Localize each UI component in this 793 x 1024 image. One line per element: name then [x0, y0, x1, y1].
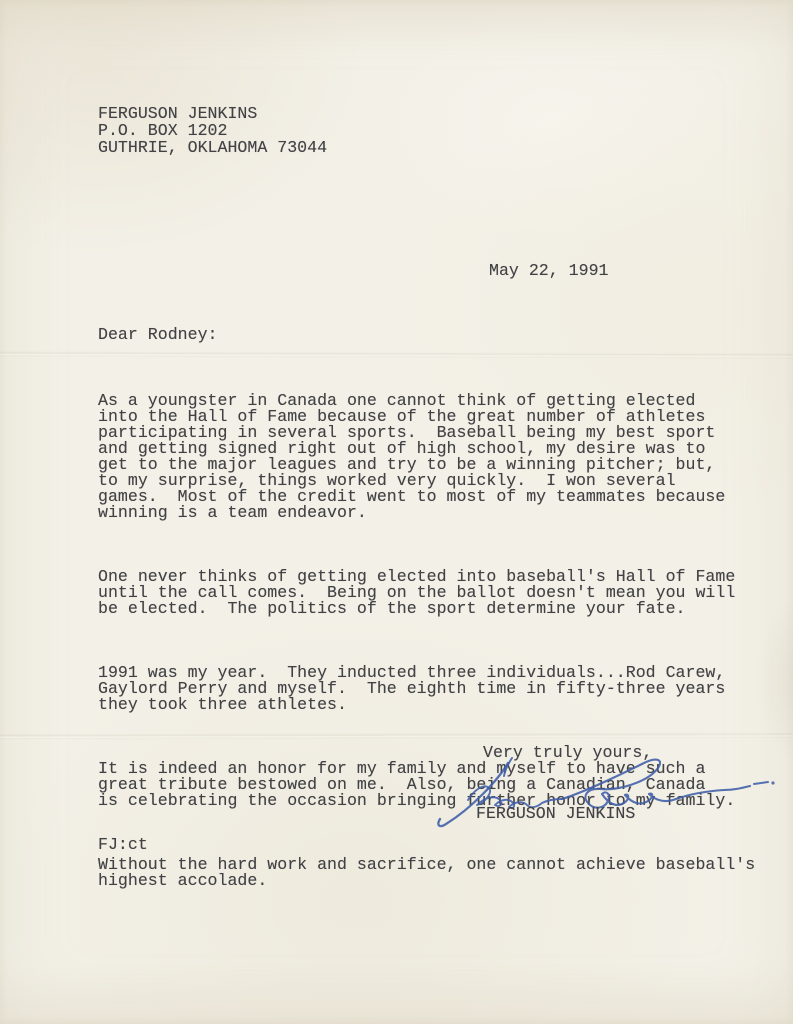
letter-page: FERGUSON JENKINS P.O. BOX 1202 GUTHRIE, … — [0, 0, 793, 1024]
letter-body: As a youngster in Canada one cannot thin… — [98, 361, 755, 921]
paragraph-3: 1991 was my year. They inducted three in… — [98, 665, 755, 713]
closing-line: Very truly yours, — [483, 745, 652, 761]
paragraph-4: It is indeed an honor for my family and … — [98, 761, 755, 809]
paragraph-1: As a youngster in Canada one cannot thin… — [98, 393, 755, 521]
reference-initials: FJ:ct — [98, 837, 148, 853]
fold-crease-top — [0, 351, 793, 359]
salutation: Dear Rodney: — [98, 327, 218, 343]
date-line: May 22, 1991 — [489, 263, 609, 279]
paragraph-2: One never thinks of getting elected into… — [98, 569, 755, 617]
paragraph-5: Without the hard work and sacrifice, one… — [98, 857, 755, 889]
typed-signature-name: FERGUSON JENKINS — [476, 806, 635, 822]
sender-address-block: FERGUSON JENKINS P.O. BOX 1202 GUTHRIE, … — [98, 105, 327, 156]
